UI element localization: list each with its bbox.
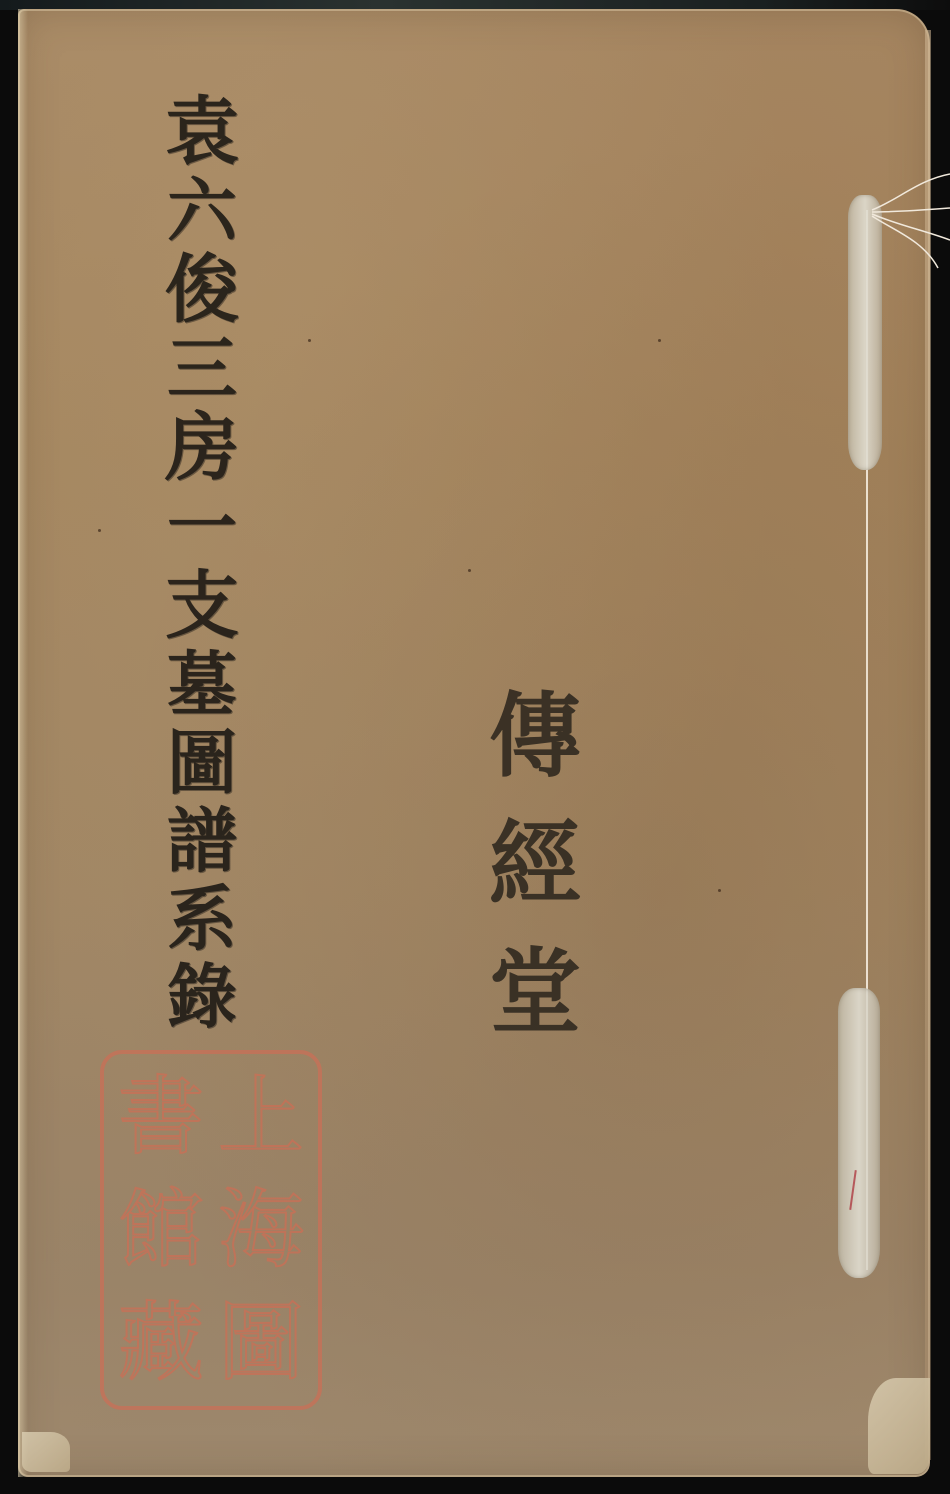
title-char: 房 (165, 408, 239, 488)
hall-char: 堂 (489, 928, 581, 1056)
worn-corner-bottom-right (868, 1378, 930, 1474)
hall-char: 經 (489, 800, 581, 928)
cover-left-edge (18, 9, 28, 1477)
hall-name: 傳 經 堂 (460, 672, 610, 1056)
paper-speck (98, 529, 101, 532)
seal-char: 圖 (212, 1287, 310, 1398)
book-cover-photo: 袁 六 俊 三 房 一 支 墓 圖 譜 系 錄 傳 經 堂 書 上 館 海 藏 … (0, 0, 950, 1494)
title-char: 譜 (167, 802, 237, 880)
title-char: 三 (167, 330, 237, 408)
paper-speck (658, 339, 661, 342)
library-seal-stamp: 書 上 館 海 藏 圖 (100, 1050, 322, 1410)
seal-char: 館 (112, 1175, 210, 1286)
paper-speck (718, 889, 721, 892)
seal-char: 海 (212, 1175, 310, 1286)
worn-corner-bottom-left (22, 1432, 70, 1472)
title-char: 六 (167, 172, 237, 250)
loose-threads-icon (868, 170, 950, 270)
binding-tab-lower (838, 988, 880, 1278)
seal-char: 上 (212, 1062, 310, 1173)
title-char: 圖 (167, 724, 237, 802)
title-char: 俊 (165, 250, 239, 330)
title-char: 錄 (167, 958, 237, 1036)
book-title: 袁 六 俊 三 房 一 支 墓 圖 譜 系 錄 (122, 92, 282, 1036)
title-char: 墓 (167, 646, 237, 724)
title-char: 一 (167, 488, 237, 566)
paper-speck (308, 339, 311, 342)
title-char: 袁 (165, 92, 239, 172)
hall-char: 傳 (489, 672, 581, 800)
seal-char: 藏 (112, 1287, 210, 1398)
title-char: 支 (165, 566, 239, 646)
title-char: 系 (167, 880, 237, 958)
paper-speck (468, 569, 471, 572)
seal-char: 書 (112, 1062, 210, 1173)
